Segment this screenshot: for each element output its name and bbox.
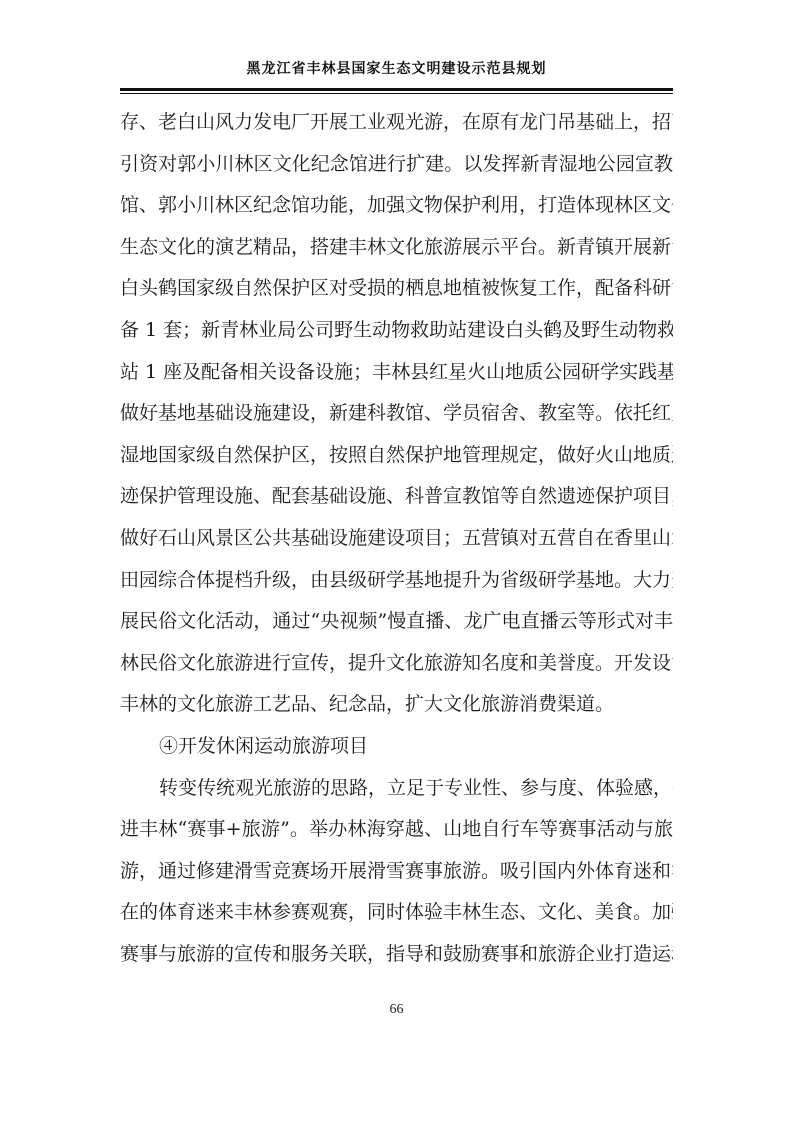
paragraph-line: 馆、郭小川林区纪念馆功能，加强文物保护利用，打造体现林区文化、 bbox=[120, 185, 673, 227]
paragraph-line: 引资对郭小川林区文化纪念馆进行扩建。以发挥新青湿地公园宣教 bbox=[120, 144, 673, 186]
paragraph-line: 备 1 套；新青林业局公司野生动物救助站建设白头鹤及野生动物救助 bbox=[120, 310, 673, 352]
header-rule-thin bbox=[120, 93, 673, 94]
paragraph-line: 做好基地基础设施建设，新建科教馆、学员宿舍、教室等。依托红星 bbox=[120, 393, 673, 435]
header-double-rule bbox=[120, 88, 673, 95]
paragraph-line: 迹保护管理设施、配套基础设施、科普宣教馆等自然遗迹保护项目， bbox=[120, 476, 673, 518]
paragraph-line: 赛事与旅游的宣传和服务关联，指导和鼓励赛事和旅游企业打造运动 bbox=[120, 934, 673, 976]
paragraph-line: 做好石山风景区公共基础设施建设项目；五营镇对五营自在香里山水 bbox=[120, 518, 673, 560]
paragraph-line: 游，通过修建滑雪竞赛场开展滑雪赛事旅游。吸引国内外体育迷和潜 bbox=[120, 851, 673, 893]
page-header-title: 黑龙江省丰林县国家生态文明建设示范县规划 bbox=[120, 58, 673, 78]
body-text: 存、老白山风力发电厂开展工业观光游，在原有龙门吊基础上，招商 引资对郭小川林区文… bbox=[120, 102, 673, 975]
header-rule-thick bbox=[120, 88, 673, 91]
section-heading: ④开发休闲运动旅游项目 bbox=[120, 726, 673, 768]
paragraph-line: 田园综合体提档升级，由县级研学基地提升为省级研学基地。大力开 bbox=[120, 560, 673, 602]
paragraph-line: 站 1 座及配备相关设备设施；丰林县红星火山地质公园研学实践基地 bbox=[120, 352, 673, 394]
paragraph-line: 进丰林“赛事+旅游”。举办林海穿越、山地自行车等赛事活动与旅 bbox=[120, 809, 673, 851]
page-number: 66 bbox=[0, 1002, 793, 1018]
paragraph-line: 展民俗文化活动，通过“央视频”慢直播、龙广电直播云等形式对丰 bbox=[120, 601, 673, 643]
paragraph-line: 丰林的文化旅游工艺品、纪念品，扩大文化旅游消费渠道。 bbox=[120, 684, 673, 726]
paragraph-line: 湿地国家级自然保护区，按照自然保护地管理规定，做好火山地质遗 bbox=[120, 435, 673, 477]
paragraph-line: 在的体育迷来丰林参赛观赛，同时体验丰林生态、文化、美食。加强 bbox=[120, 892, 673, 934]
paragraph-line: 存、老白山风力发电厂开展工业观光游，在原有龙门吊基础上，招商 bbox=[120, 102, 673, 144]
paragraph-line: 林民俗文化旅游进行宣传，提升文化旅游知名度和美誉度。开发设计 bbox=[120, 643, 673, 685]
paragraph-line: 生态文化的演艺精品，搭建丰林文化旅游展示平台。新青镇开展新青 bbox=[120, 227, 673, 269]
paragraph-line: 转变传统观光旅游的思路，立足于专业性、参与度、体验感，推 bbox=[120, 768, 673, 810]
paragraph-line: 白头鹤国家级自然保护区对受损的栖息地植被恢复工作，配备科研设 bbox=[120, 268, 673, 310]
